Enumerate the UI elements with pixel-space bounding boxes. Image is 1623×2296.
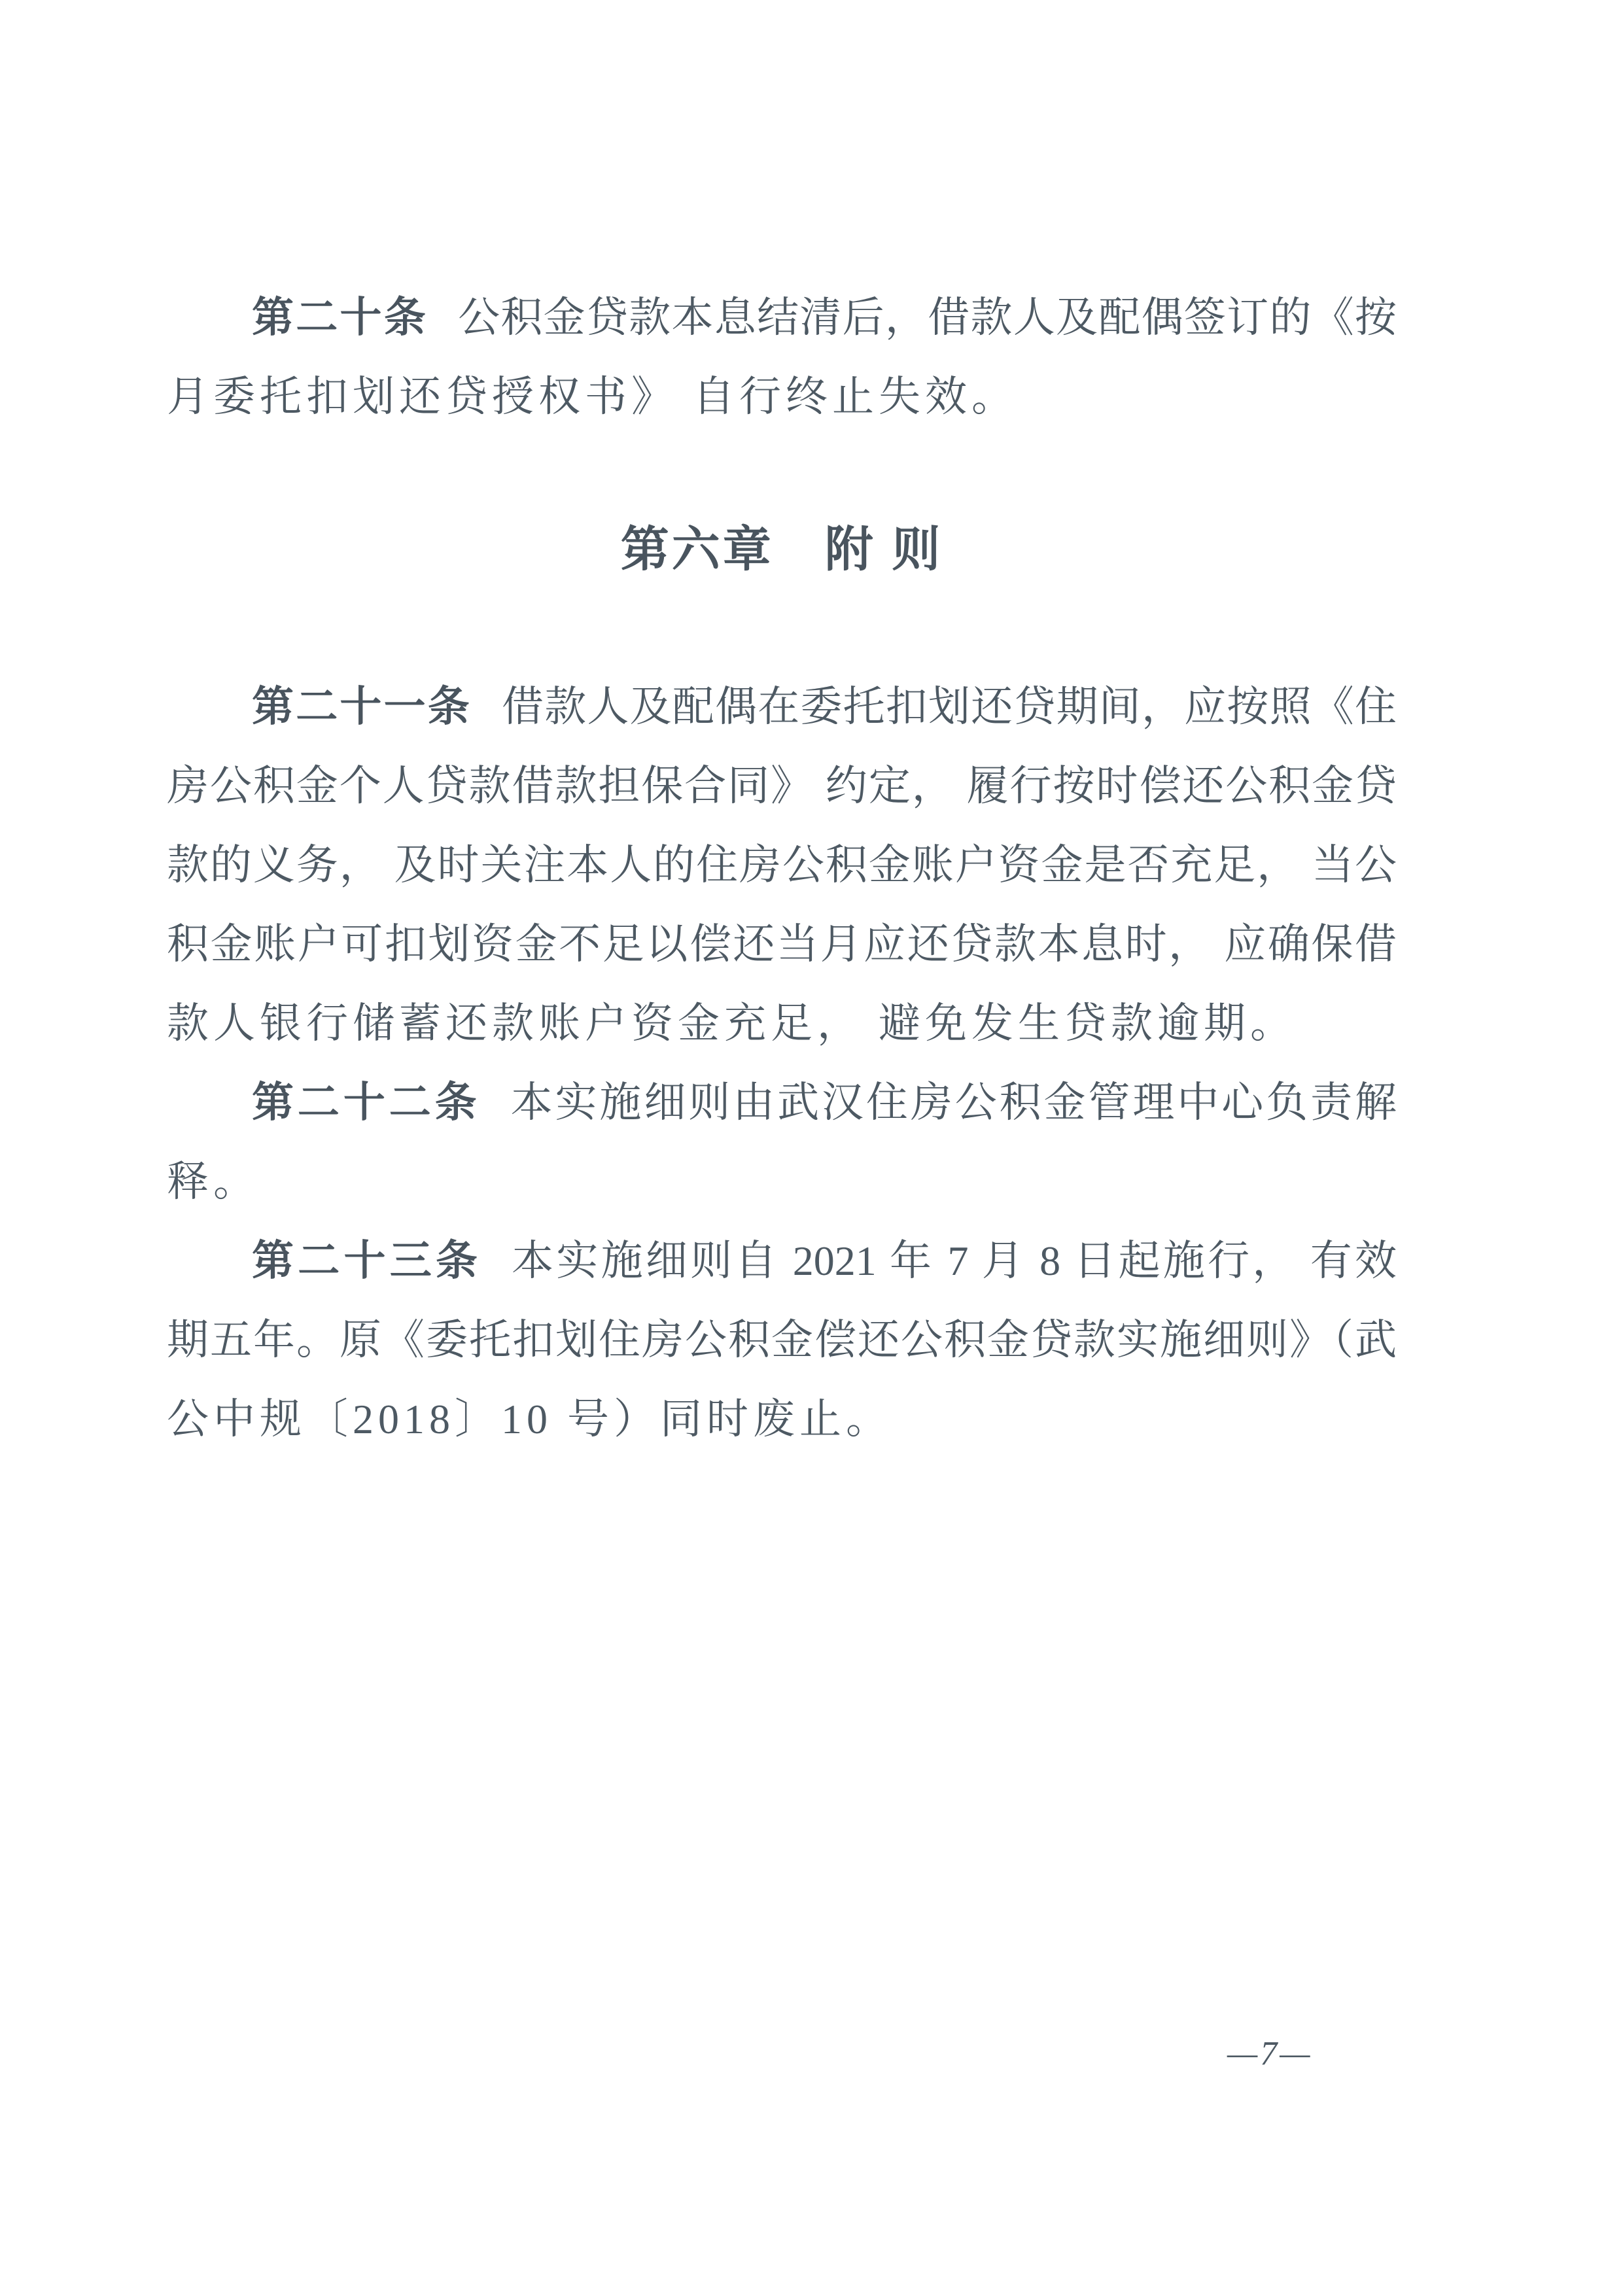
paragraph-line: 款人银行储蓄还款账户资金充足， 避免发生贷款逾期。 <box>167 984 1397 1063</box>
article-20-paragraph: 第二十条公积金贷款本息结清后，借款人及配偶签订的《按 月委托扣划还贷授权书》 自… <box>167 278 1397 436</box>
paragraph-line: 释。 <box>167 1142 1397 1221</box>
paragraph-line: 期五年。原《委托扣划住房公积金偿还公积金贷款实施细则》（武 <box>167 1300 1397 1380</box>
article-number: 第二十二条 <box>252 1079 481 1126</box>
paragraph-line: 第二十二条本实施细则由武汉住房公积金管理中心负责解 <box>167 1063 1397 1142</box>
article-22-paragraph: 第二十二条本实施细则由武汉住房公积金管理中心负责解 释。 <box>167 1063 1397 1221</box>
article-number: 第二十条 <box>252 294 428 341</box>
paragraph-line: 积金账户可扣划资金不足以偿还当月应还贷款本息时， 应确保借 <box>167 905 1397 984</box>
paragraph-line: 第二十三条本实施细则自 2021 年 7 月 8 日起施行， 有效 <box>167 1221 1397 1300</box>
chapter-heading-block: 第六章 附 则 <box>167 515 1397 583</box>
paragraph-text: 本实施细则自 2021 年 7 月 8 日起施行， 有效 <box>512 1238 1397 1284</box>
article-21-paragraph: 第二十一条借款人及配偶在委托扣划还贷期间，应按照《住 房公积金个人贷款借款担保合… <box>167 667 1397 1063</box>
article-number: 第二十三条 <box>252 1237 481 1284</box>
page-number: —7— <box>1227 2033 1312 2075</box>
paragraph-line: 第二十一条借款人及配偶在委托扣划还贷期间，应按照《住 <box>167 667 1397 746</box>
article-number: 第二十一条 <box>252 683 472 730</box>
paragraph-text: 公积金贷款本息结清后，借款人及配偶签订的《按 <box>458 294 1397 341</box>
paragraph-line: 月委托扣划还贷授权书》 自行终止失效。 <box>167 357 1397 436</box>
article-23-paragraph: 第二十三条本实施细则自 2021 年 7 月 8 日起施行， 有效 期五年。原《… <box>167 1221 1397 1459</box>
paragraph-line: 第二十条公积金贷款本息结清后，借款人及配偶签订的《按 <box>167 278 1397 357</box>
document-page: 第二十条公积金贷款本息结清后，借款人及配偶签订的《按 月委托扣划还贷授权书》 自… <box>0 0 1623 2296</box>
paragraph-text: 借款人及配偶在委托扣划还贷期间，应按照《住 <box>502 684 1397 730</box>
paragraph-text: 本实施细则由武汉住房公积金管理中心负责解 <box>511 1079 1397 1126</box>
paragraph-line: 款的义务， 及时关注本人的住房公积金账户资金是否充足， 当公 <box>167 826 1397 905</box>
paragraph-line: 公中规〔2018〕10 号）同时废止。 <box>167 1380 1397 1459</box>
articles-body: 第二十一条借款人及配偶在委托扣划还贷期间，应按照《住 房公积金个人贷款借款担保合… <box>167 667 1397 1459</box>
chapter-heading: 第六章 附 则 <box>167 515 1397 583</box>
paragraph-line: 房公积金个人贷款借款担保合同》 约定， 履行按时偿还公积金贷 <box>167 746 1397 826</box>
